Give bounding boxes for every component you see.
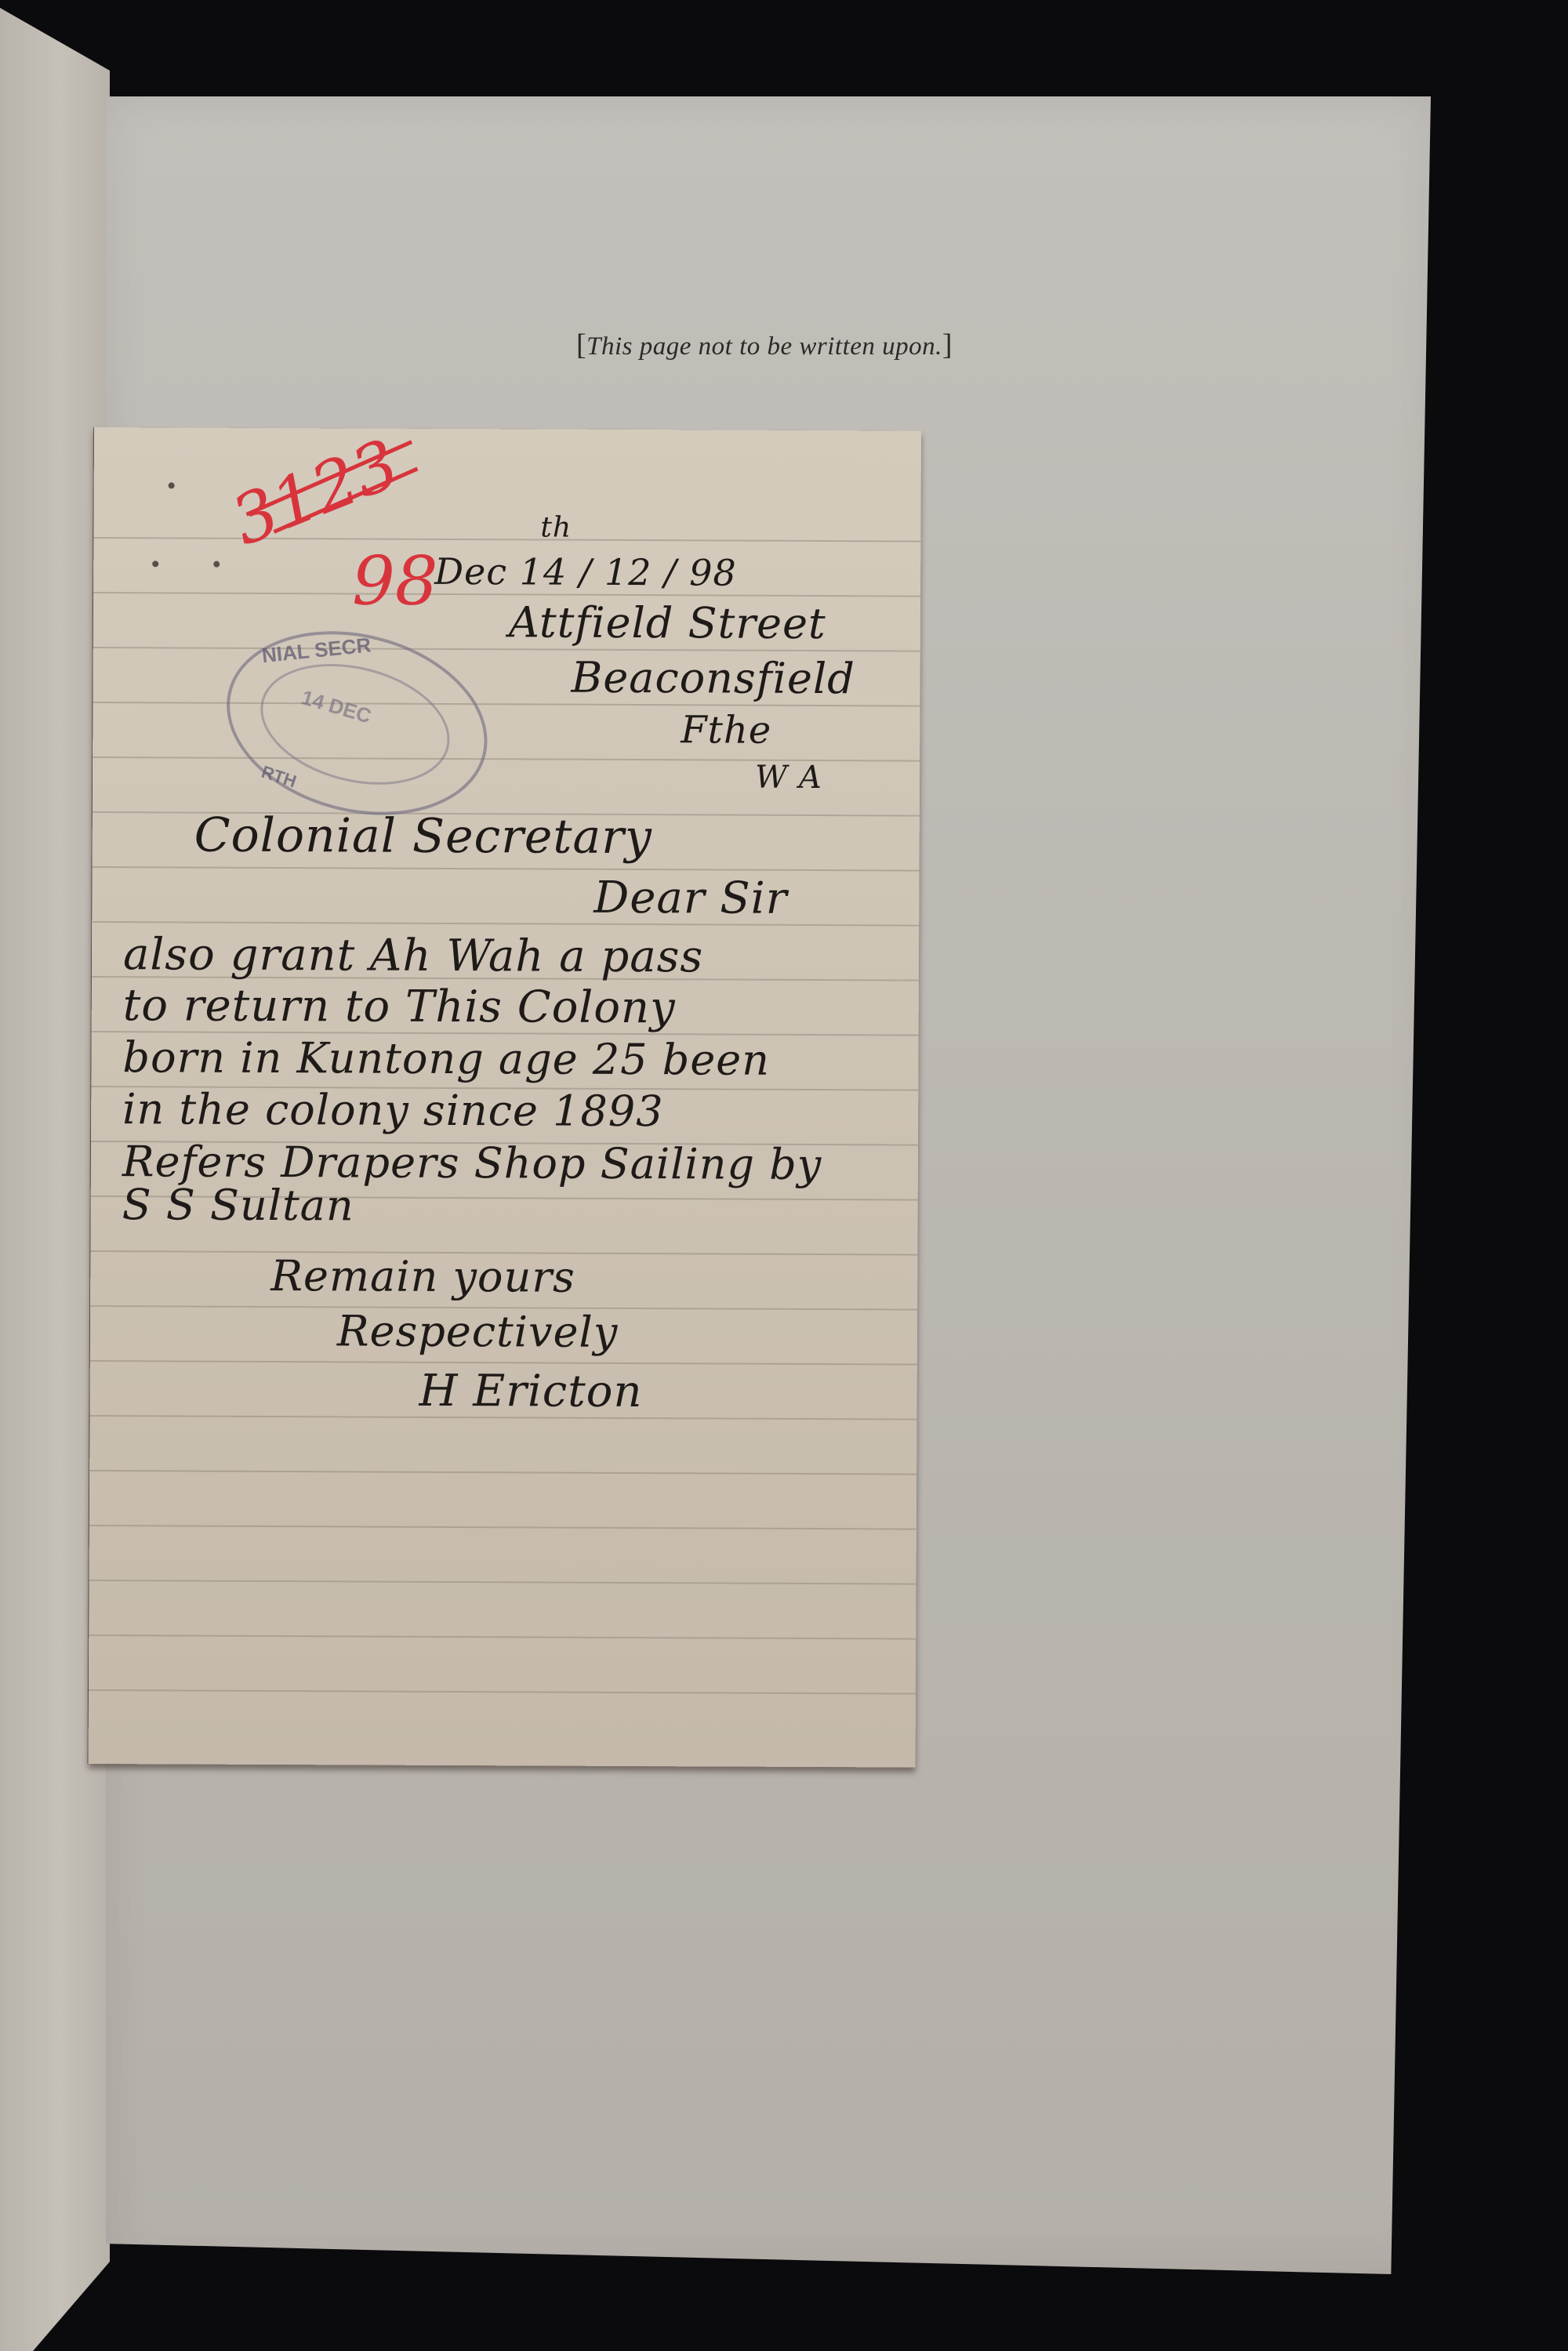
ruled-line [93, 866, 920, 872]
pin-hole [169, 482, 175, 488]
ruled-line [89, 1689, 916, 1695]
address-suburb: Beaconsfield [571, 653, 855, 704]
salutation: Dear Sir [593, 873, 787, 924]
ruled-line [93, 537, 920, 542]
date-superscript: th [540, 511, 572, 543]
reference-number-numerator: 3123 [221, 427, 409, 561]
address-street: Attfield Street [509, 597, 826, 648]
pin-hole [152, 561, 158, 567]
body-line-3: born in Kuntong age 25 been [122, 1032, 770, 1085]
body-line-1: also grant Ah Wah a pass [123, 929, 703, 982]
pin-hole [213, 561, 220, 568]
closing-line-2: Respectively [337, 1306, 619, 1357]
ruled-line [92, 921, 919, 927]
body-line-2: to return to This Colony [123, 980, 676, 1033]
notice-open-bracket: [ [576, 328, 586, 361]
address-state: W A [755, 760, 822, 796]
body-line-6: S S Sultan [122, 1180, 354, 1230]
signature: H Ericton [419, 1366, 642, 1417]
handwritten-letter: 3123 98 NIAL SECR 14 DEC RTH th Dec 14 /… [89, 427, 921, 1768]
address-line-3: Fthe [681, 708, 771, 753]
closing-line-1: Remain yours [270, 1251, 575, 1302]
notice-close-bracket: ] [942, 328, 953, 361]
addressee: Colonial Secretary [194, 808, 652, 865]
ruled-line [89, 1470, 916, 1475]
ruled-line [89, 1634, 916, 1640]
body-line-4: in the colony since 1893 [122, 1084, 664, 1136]
reference-number-denominator: 98 [352, 542, 438, 620]
page-notice: [This page not to be written upon.] [576, 328, 953, 362]
letter-date: Dec 14 / 12 / 98 [434, 550, 737, 594]
notice-text: This page not to be written upon. [586, 332, 942, 361]
ruled-line [90, 1360, 917, 1366]
ruled-line [89, 1525, 916, 1530]
ruled-line [89, 1580, 916, 1585]
